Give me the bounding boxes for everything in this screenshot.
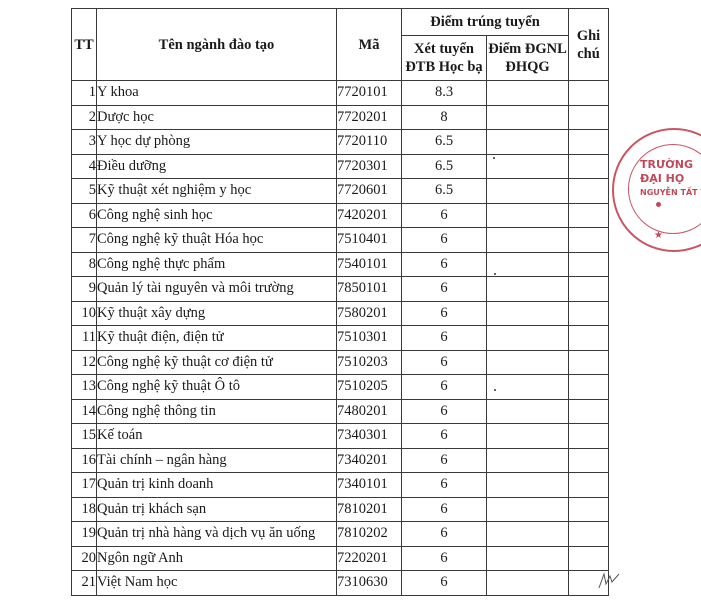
header-hocba-score: Xét tuyển ĐTB Học bạ bbox=[402, 36, 487, 81]
program-code: 7480201 bbox=[337, 399, 402, 424]
note bbox=[569, 277, 609, 302]
program-name: Ngôn ngữ Anh bbox=[97, 546, 337, 571]
table-row: 4Điều dưỡng77203016.5 bbox=[72, 154, 609, 179]
program-code: 7720601 bbox=[337, 179, 402, 204]
row-number: 7 bbox=[72, 228, 97, 253]
hocba-score: 6 bbox=[402, 228, 487, 253]
program-name: Quản trị nhà hàng và dịch vụ ăn uống bbox=[97, 522, 337, 547]
hocba-score: 6 bbox=[402, 375, 487, 400]
table-row: 8Công nghệ thực phẩm75401016 bbox=[72, 252, 609, 277]
program-code: 7510205 bbox=[337, 375, 402, 400]
hocba-score: 6 bbox=[402, 571, 487, 596]
row-number: 15 bbox=[72, 424, 97, 449]
scan-speck bbox=[494, 273, 496, 275]
dgnl-score bbox=[487, 522, 569, 547]
hocba-score: 6 bbox=[402, 522, 487, 547]
dgnl-score bbox=[487, 203, 569, 228]
dgnl-score bbox=[487, 228, 569, 253]
note bbox=[569, 424, 609, 449]
note bbox=[569, 497, 609, 522]
program-code: 7510301 bbox=[337, 326, 402, 351]
program-code: 7720101 bbox=[337, 81, 402, 106]
hocba-score: 6 bbox=[402, 252, 487, 277]
table-row: 14Công nghệ thông tin74802016 bbox=[72, 399, 609, 424]
table-row: 3Y học dự phòng77201106.5 bbox=[72, 130, 609, 155]
row-number: 19 bbox=[72, 522, 97, 547]
program-code: 7340301 bbox=[337, 424, 402, 449]
hocba-score: 6 bbox=[402, 399, 487, 424]
hocba-score: 6 bbox=[402, 301, 487, 326]
row-number: 1 bbox=[72, 81, 97, 106]
admission-score-table: TT Tên ngành đào tạo Mã Điểm trúng tuyển… bbox=[71, 8, 609, 596]
university-seal-stamp: TRƯỜNG ĐẠI HỌ NGUYỄN TẤT T ★ bbox=[612, 128, 701, 252]
table-row: 21Việt Nam học73106306 bbox=[72, 571, 609, 596]
program-code: 7340201 bbox=[337, 448, 402, 473]
hocba-score: 6.5 bbox=[402, 130, 487, 155]
dgnl-score bbox=[487, 81, 569, 106]
row-number: 2 bbox=[72, 105, 97, 130]
table-row: 16Tài chính – ngân hàng73402016 bbox=[72, 448, 609, 473]
hocba-score: 6 bbox=[402, 424, 487, 449]
program-name: Kế toán bbox=[97, 424, 337, 449]
hocba-score: 6 bbox=[402, 203, 487, 228]
table-row: 11Kỹ thuật điện, điện tử75103016 bbox=[72, 326, 609, 351]
program-code: 7420201 bbox=[337, 203, 402, 228]
table-row: 9Quản lý tài nguyên và môi trường7850101… bbox=[72, 277, 609, 302]
program-name: Công nghệ thực phẩm bbox=[97, 252, 337, 277]
dgnl-score bbox=[487, 350, 569, 375]
dgnl-score bbox=[487, 448, 569, 473]
table-row: 20Ngôn ngữ Anh72202016 bbox=[72, 546, 609, 571]
program-code: 7720201 bbox=[337, 105, 402, 130]
table-row: 6Công nghệ sinh học74202016 bbox=[72, 203, 609, 228]
row-number: 14 bbox=[72, 399, 97, 424]
hocba-score: 8.3 bbox=[402, 81, 487, 106]
row-number: 3 bbox=[72, 130, 97, 155]
row-number: 12 bbox=[72, 350, 97, 375]
row-number: 8 bbox=[72, 252, 97, 277]
hocba-score: 6 bbox=[402, 448, 487, 473]
dgnl-score bbox=[487, 154, 569, 179]
program-code: 7310630 bbox=[337, 571, 402, 596]
row-number: 16 bbox=[72, 448, 97, 473]
table-row: 17Quản trị kinh doanh73401016 bbox=[72, 473, 609, 498]
note bbox=[569, 473, 609, 498]
table-row: 15Kế toán73403016 bbox=[72, 424, 609, 449]
hocba-score: 6 bbox=[402, 546, 487, 571]
row-number: 4 bbox=[72, 154, 97, 179]
hocba-score: 6 bbox=[402, 473, 487, 498]
scan-speck bbox=[494, 389, 496, 391]
header-note: Ghi chú bbox=[569, 9, 609, 81]
program-name: Quản trị khách sạn bbox=[97, 497, 337, 522]
note bbox=[569, 228, 609, 253]
table-row: 1Y khoa77201018.3 bbox=[72, 81, 609, 106]
row-number: 20 bbox=[72, 546, 97, 571]
table-row: 10Kỹ thuật xây dựng75802016 bbox=[72, 301, 609, 326]
table-row: 12Công nghệ kỹ thuật cơ điện tử75102036 bbox=[72, 350, 609, 375]
hocba-score: 6 bbox=[402, 326, 487, 351]
hocba-score: 6 bbox=[402, 277, 487, 302]
hocba-score: 6 bbox=[402, 497, 487, 522]
program-code: 7850101 bbox=[337, 277, 402, 302]
dgnl-score bbox=[487, 130, 569, 155]
dgnl-score bbox=[487, 473, 569, 498]
program-code: 7540101 bbox=[337, 252, 402, 277]
program-code: 7720301 bbox=[337, 154, 402, 179]
program-code: 7510203 bbox=[337, 350, 402, 375]
note bbox=[569, 375, 609, 400]
table-row: 19Quản trị nhà hàng và dịch vụ ăn uống78… bbox=[72, 522, 609, 547]
header-dgnl-score: Điểm ĐGNL ĐHQG bbox=[487, 36, 569, 81]
program-name: Công nghệ kỹ thuật Hóa học bbox=[97, 228, 337, 253]
program-name: Điều dưỡng bbox=[97, 154, 337, 179]
program-name: Y học dự phòng bbox=[97, 130, 337, 155]
program-code: 7220201 bbox=[337, 546, 402, 571]
note bbox=[569, 448, 609, 473]
program-name: Công nghệ sinh học bbox=[97, 203, 337, 228]
dgnl-score bbox=[487, 571, 569, 596]
row-number: 11 bbox=[72, 326, 97, 351]
row-number: 21 bbox=[72, 571, 97, 596]
program-name: Y khoa bbox=[97, 81, 337, 106]
table-row: 7Công nghệ kỹ thuật Hóa học75104016 bbox=[72, 228, 609, 253]
row-number: 17 bbox=[72, 473, 97, 498]
dgnl-score bbox=[487, 424, 569, 449]
row-number: 13 bbox=[72, 375, 97, 400]
table-row: 18Quản trị khách sạn78102016 bbox=[72, 497, 609, 522]
note bbox=[569, 252, 609, 277]
program-code: 7810201 bbox=[337, 497, 402, 522]
note bbox=[569, 399, 609, 424]
table-row: 13Công nghệ kỹ thuật Ô tô75102056 bbox=[72, 375, 609, 400]
dgnl-score bbox=[487, 277, 569, 302]
note bbox=[569, 326, 609, 351]
program-code: 7580201 bbox=[337, 301, 402, 326]
row-number: 6 bbox=[72, 203, 97, 228]
header-tt: TT bbox=[72, 9, 97, 81]
row-number: 9 bbox=[72, 277, 97, 302]
hocba-score: 8 bbox=[402, 105, 487, 130]
program-name: Kỹ thuật điện, điện tử bbox=[97, 326, 337, 351]
program-name: Kỹ thuật xét nghiệm y học bbox=[97, 179, 337, 204]
row-number: 18 bbox=[72, 497, 97, 522]
header-program-name: Tên ngành đào tạo bbox=[97, 9, 337, 81]
dgnl-score bbox=[487, 252, 569, 277]
program-name: Việt Nam học bbox=[97, 571, 337, 596]
note bbox=[569, 81, 609, 106]
program-name: Kỹ thuật xây dựng bbox=[97, 301, 337, 326]
program-name: Công nghệ thông tin bbox=[97, 399, 337, 424]
note bbox=[569, 350, 609, 375]
hocba-score: 6 bbox=[402, 350, 487, 375]
program-name: Quản lý tài nguyên và môi trường bbox=[97, 277, 337, 302]
dgnl-score bbox=[487, 301, 569, 326]
program-name: Công nghệ kỹ thuật Ô tô bbox=[97, 375, 337, 400]
program-code: 7720110 bbox=[337, 130, 402, 155]
table-row: 5Kỹ thuật xét nghiệm y học77206016.5 bbox=[72, 179, 609, 204]
header-admission-score: Điểm trúng tuyển bbox=[402, 9, 569, 36]
program-name: Quản trị kinh doanh bbox=[97, 473, 337, 498]
dgnl-score bbox=[487, 546, 569, 571]
hocba-score: 6.5 bbox=[402, 154, 487, 179]
program-code: 7340101 bbox=[337, 473, 402, 498]
dgnl-score bbox=[487, 497, 569, 522]
hocba-score: 6.5 bbox=[402, 179, 487, 204]
dgnl-score bbox=[487, 326, 569, 351]
dgnl-score bbox=[487, 179, 569, 204]
program-code: 7810202 bbox=[337, 522, 402, 547]
program-name: Dược học bbox=[97, 105, 337, 130]
note bbox=[569, 179, 609, 204]
program-name: Tài chính – ngân hàng bbox=[97, 448, 337, 473]
dgnl-score bbox=[487, 375, 569, 400]
row-number: 10 bbox=[72, 301, 97, 326]
dgnl-score bbox=[487, 399, 569, 424]
note bbox=[569, 301, 609, 326]
program-code: 7510401 bbox=[337, 228, 402, 253]
note bbox=[569, 522, 609, 547]
header-code: Mã bbox=[337, 9, 402, 81]
note bbox=[569, 154, 609, 179]
row-number: 5 bbox=[72, 179, 97, 204]
signature-mark bbox=[597, 568, 621, 590]
note bbox=[569, 130, 609, 155]
scan-speck bbox=[493, 157, 495, 159]
note bbox=[569, 546, 609, 571]
program-name: Công nghệ kỹ thuật cơ điện tử bbox=[97, 350, 337, 375]
table-row: 2Dược học77202018 bbox=[72, 105, 609, 130]
note bbox=[569, 105, 609, 130]
dgnl-score bbox=[487, 105, 569, 130]
note bbox=[569, 203, 609, 228]
